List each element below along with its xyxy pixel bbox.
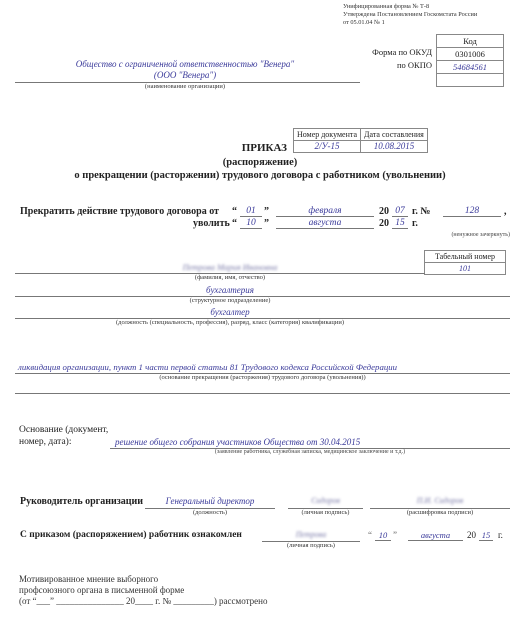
union-line-1: Мотивированное мнение выборного (19, 574, 267, 585)
contract-number: 128 (443, 206, 501, 217)
head-signature-caption: (личная подпись) (288, 509, 363, 516)
unified-form-line: от 05.01.04 № 1 (343, 19, 477, 27)
contract-label: Прекратить действие трудового договора о… (20, 206, 219, 217)
head-name-caption: (расшифровка подписи) (370, 509, 510, 516)
open-quote: “ (232, 218, 237, 229)
dismiss-day: 10 (240, 218, 262, 229)
basis-label-2: номер, дата): (19, 437, 71, 447)
organization-caption: (наименование организации) (20, 83, 350, 90)
close-quote: ” (264, 206, 269, 217)
reason-caption: (основание прекращения (расторжения) тру… (15, 374, 510, 381)
ack-year-prefix: 20 (467, 530, 476, 540)
head-name: П.И. Сидоров (370, 496, 510, 505)
dismiss-label: уволить (193, 218, 230, 229)
contract-number-label: г. № (412, 206, 430, 217)
ack-year-suffix: г. (498, 530, 503, 540)
ack-year: 15 (479, 530, 493, 541)
open-quote: “ (232, 206, 237, 217)
head-position: Генеральный директор (145, 496, 275, 506)
union-opinion: Мотивированное мнение выборного профсоюз… (19, 574, 267, 607)
dismissal-reason: ликвидация организации, пункт 1 части пе… (18, 362, 397, 372)
employee-department: бухгалтерия (100, 285, 360, 295)
contract-year: 07 (392, 206, 408, 217)
unified-form-notice: Унифицированная форма № Т-8 Утверждена П… (343, 3, 477, 27)
tab-number-value: 101 (425, 263, 506, 275)
position-caption: (должность (специальность, профессия), р… (15, 319, 445, 326)
order-subtitle: (распоряжение) (150, 157, 370, 168)
basis-caption: (заявление работника, служебная записка,… (110, 449, 510, 455)
open-quote: “ (368, 530, 372, 540)
tab-number-label: Табельный номер (425, 251, 506, 263)
department-caption: (структурное подразделение) (100, 297, 360, 304)
head-signature: Сидоров (288, 496, 363, 505)
strike-note: (ненужное зачеркнуть) (400, 232, 510, 238)
head-position-caption: (должность) (145, 509, 275, 516)
codes-header: Код (437, 35, 504, 48)
acknowledgement-label: С приказом (распоряжением) работник озна… (20, 530, 242, 540)
employee-full-name: Петрова Мария Ивановна (100, 262, 360, 272)
union-line-3: (от “___” _______________ 20____ г. № __… (19, 596, 267, 607)
comma: , (504, 206, 507, 217)
tab-number-table: Табельный номер 101 (424, 250, 506, 275)
employee-name-caption: (фамилия, имя, отчество) (100, 274, 360, 281)
employee-position: бухгалтер (100, 307, 360, 317)
organization-short-name: (ООО "Венера") (20, 70, 350, 80)
codes-empty-cell (437, 74, 504, 87)
organization-full-name: Общество с ограниченной ответственностью… (20, 59, 350, 69)
contract-month: февраля (276, 206, 374, 217)
doc-date-value: 10.08.2015 (361, 141, 428, 153)
dismiss-month: августа (276, 218, 374, 229)
doc-number-label: Номер документа (294, 129, 361, 141)
order-heading: о прекращении (расторжении) трудового до… (20, 170, 500, 181)
contract-day: 01 (240, 206, 262, 217)
okpo-label: по ОКПО (340, 60, 432, 70)
close-quote: ” (264, 218, 269, 229)
basis-value: решение общего собрания участников Общес… (115, 437, 360, 447)
doc-date-label: Дата составления (361, 129, 428, 141)
employee-signature: Петрова (262, 530, 360, 539)
year-suffix: г. (412, 218, 418, 229)
close-quote: ” (393, 530, 397, 540)
codes-table: Код 0301006 54684561 (436, 34, 504, 87)
dismiss-year: 15 (392, 218, 408, 229)
okpo-value: 54684561 (437, 61, 504, 74)
okud-label: Форма по ОКУД (340, 47, 432, 57)
ack-day: 10 (375, 530, 391, 541)
union-line-2: профсоюзного органа в письменной форме (19, 585, 267, 596)
head-label: Руководитель организации (20, 496, 143, 507)
contract-year-prefix: 20 (379, 206, 389, 217)
okud-value: 0301006 (437, 48, 504, 61)
ack-month: августа (408, 530, 463, 541)
reason-extra-underline (15, 393, 510, 394)
dismiss-year-prefix: 20 (379, 218, 389, 229)
unified-form-line: Утверждена Постановлением Госкомстата Ро… (343, 11, 477, 19)
doc-number-value: 2/У-15 (294, 141, 361, 153)
document-number-table: Номер документа Дата составления 2/У-15 … (293, 128, 428, 153)
basis-label-1: Основание (документ, (19, 425, 108, 435)
unified-form-line: Унифицированная форма № Т-8 (343, 3, 477, 11)
employee-signature-caption: (личная подпись) (262, 542, 360, 549)
order-title: ПРИКАЗ (180, 142, 287, 154)
